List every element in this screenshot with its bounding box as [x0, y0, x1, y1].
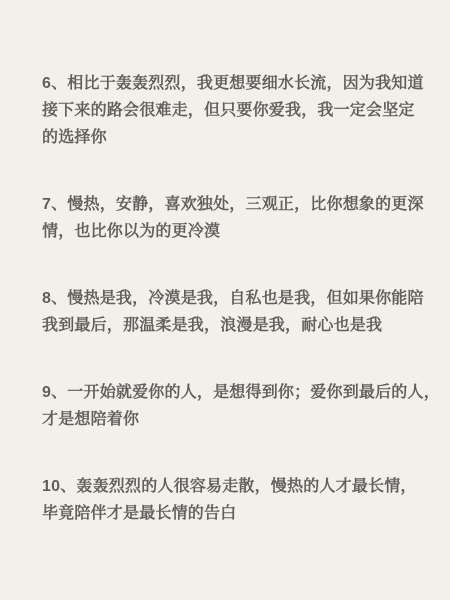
quote-paragraph-9: 9、一开始就爱你的人，是想得到你；爱你到最后的人，才是想陪着你 — [42, 379, 410, 433]
quote-list: 6、相比于轰轰烈烈，我更想要细水长流，因为我知道接下来的路会很难走，但只要你爱我… — [42, 70, 410, 527]
quote-line: 7、慢热，安静，喜欢独处，三观正，比你想象的更深 — [42, 191, 410, 218]
quote-line: 8、慢热是我，冷漠是我，自私也是我，但如果你能陪 — [42, 285, 410, 312]
quote-line: 的选择你 — [42, 124, 410, 151]
quote-line: 情，也比你以为的更冷漠 — [42, 218, 410, 245]
quote-paragraph-8: 8、慢热是我，冷漠是我，自私也是我，但如果你能陪我到最后，那温柔是我，浪漫是我，… — [42, 285, 410, 339]
quote-line: 我到最后，那温柔是我，浪漫是我，耐心也是我 — [42, 312, 410, 339]
quote-line: 6、相比于轰轰烈烈，我更想要细水长流，因为我知道 — [42, 70, 410, 97]
quote-line: 毕竟陪伴才是最长情的告白 — [42, 500, 410, 527]
quote-paragraph-6: 6、相比于轰轰烈烈，我更想要细水长流，因为我知道接下来的路会很难走，但只要你爱我… — [42, 70, 410, 151]
quote-card: 6、相比于轰轰烈烈，我更想要细水长流，因为我知道接下来的路会很难走，但只要你爱我… — [0, 0, 450, 600]
quote-line: 接下来的路会很难走，但只要你爱我，我一定会坚定 — [42, 97, 410, 124]
quote-line: 10、轰轰烈烈的人很容易走散，慢热的人才最长情， — [42, 473, 410, 500]
quote-paragraph-10: 10、轰轰烈烈的人很容易走散，慢热的人才最长情，毕竟陪伴才是最长情的告白 — [42, 473, 410, 527]
quote-line: 9、一开始就爱你的人，是想得到你；爱你到最后的人， — [42, 379, 410, 406]
quote-paragraph-7: 7、慢热，安静，喜欢独处，三观正，比你想象的更深情，也比你以为的更冷漠 — [42, 191, 410, 245]
quote-line: 才是想陪着你 — [42, 406, 410, 433]
